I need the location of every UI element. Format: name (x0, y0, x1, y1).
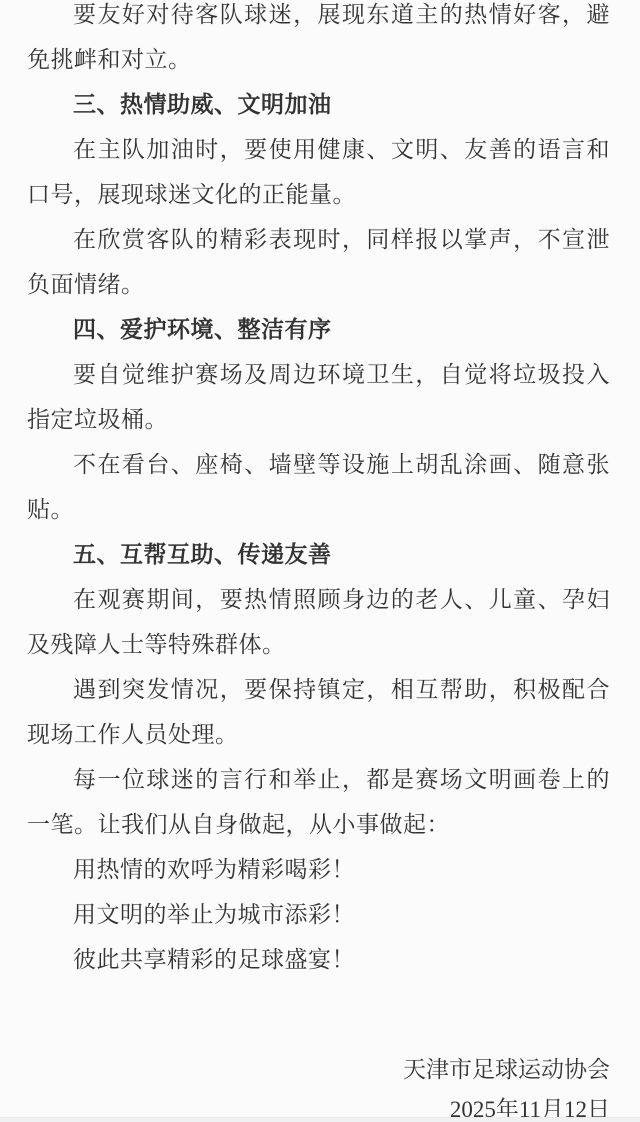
article-body: 要友好对待客队球迷，展现东道主的热情好客，避免挑衅和对立。三、热情助威、文明加油… (0, 0, 640, 982)
paragraph: 每一位球迷的言行和举止，都是赛场文明画卷上的一笔。让我们从自身做起，从小事做起： (27, 757, 610, 847)
paragraph: 用文明的举止为城市添彩！ (27, 892, 610, 937)
paragraph: 在观赛期间，要热情照顾身边的老人、儿童、孕妇及残障人士等特殊群体。 (27, 577, 610, 667)
paragraph: 遇到突发情况，要保持镇定，相互帮助，积极配合现场工作人员处理。 (27, 667, 610, 757)
paragraph: 在欣赏客队的精彩表现时，同样报以掌声，不宣泄负面情绪。 (27, 217, 610, 307)
paragraph: 要友好对待客队球迷，展现东道主的热情好客，避免挑衅和对立。 (27, 0, 610, 82)
section-heading: 五、互帮互助、传递友善 (27, 532, 610, 577)
document-page: 要友好对待客队球迷，展现东道主的热情好客，避免挑衅和对立。三、热情助威、文明加油… (0, 0, 640, 1122)
screenshot-bottom-edge (0, 1117, 640, 1122)
paragraph: 彼此共享精彩的足球盛宴！ (27, 937, 610, 982)
paragraph: 不在看台、座椅、墙壁等设施上胡乱涂画、随意张贴。 (27, 442, 610, 532)
section-heading: 四、爱护环境、整洁有序 (27, 307, 610, 352)
section-heading: 三、热情助威、文明加油 (27, 82, 610, 127)
paragraph: 用热情的欢呼为精彩喝彩！ (27, 847, 610, 892)
signature-block: 天津市足球运动协会 2025年11月12日 (403, 1050, 610, 1122)
paragraph: 要自觉维护赛场及周边环境卫生，自觉将垃圾投入指定垃圾桶。 (27, 352, 610, 442)
signature-organization: 天津市足球运动协会 (403, 1050, 610, 1090)
paragraph: 在主队加油时，要使用健康、文明、友善的语言和口号，展现球迷文化的正能量。 (27, 127, 610, 217)
